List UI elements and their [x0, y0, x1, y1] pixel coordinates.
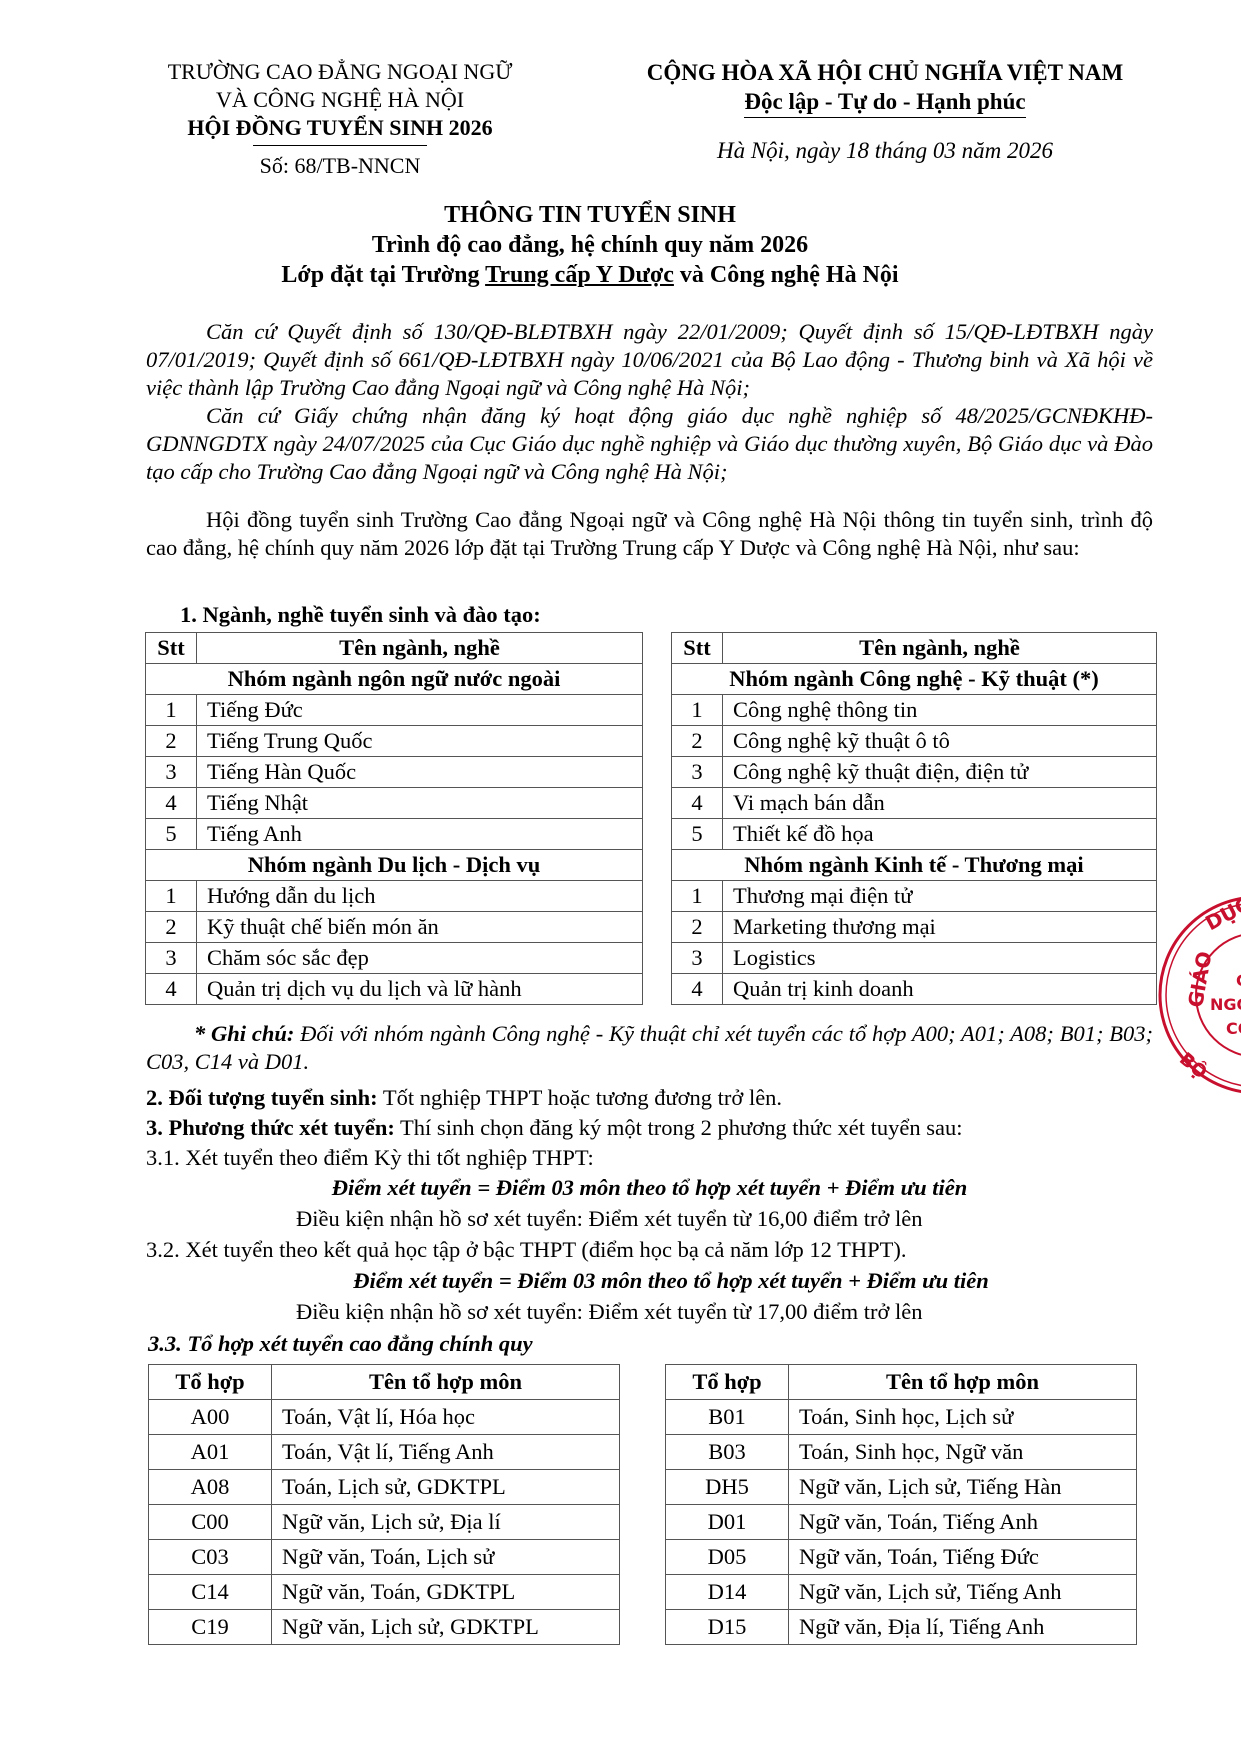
row-stt: 5	[672, 819, 723, 850]
table-row: 2Tiếng Trung Quốc	[146, 726, 643, 757]
combo-subjects: Ngữ văn, Lịch sử, GDKTPL	[272, 1610, 620, 1645]
note-text: Đối với nhóm ngành Công nghệ - Kỹ thuật …	[146, 1021, 1153, 1074]
combo-code: B01	[666, 1400, 789, 1435]
title-line-3-underlined: Trung cấp Y Dược	[485, 262, 674, 288]
table-row: D05Ngữ văn, Toán, Tiếng Đức	[666, 1540, 1137, 1575]
col-header-stt: Stt	[146, 633, 197, 664]
row-major-name: Thương mại điện tử	[723, 881, 1157, 912]
table-row: 4Tiếng Nhật	[146, 788, 643, 819]
row-stt: 3	[672, 943, 723, 974]
combo-subjects: Ngữ văn, Toán, Tiếng Đức	[789, 1540, 1137, 1575]
row-major-name: Tiếng Trung Quốc	[197, 726, 643, 757]
table-row: 3Công nghệ kỹ thuật điện, điện tử	[672, 757, 1157, 788]
svg-text:CÔ: CÔ	[1226, 1019, 1241, 1038]
table-row: C03Ngữ văn, Toán, Lịch sử	[149, 1540, 620, 1575]
row-stt: 3	[146, 943, 197, 974]
table-row: 3Tiếng Hàn Quốc	[146, 757, 643, 788]
table-row: C00Ngữ văn, Lịch sử, Địa lí	[149, 1505, 620, 1540]
legal-basis-1: Căn cứ Quyết định số 130/QĐ-BLĐTBXH ngày…	[146, 318, 1153, 402]
table-header-row: Tổ hợpTên tổ hợp môn	[149, 1365, 620, 1400]
legal-basis-2: Căn cứ Giấy chứng nhận đăng ký hoạt động…	[146, 402, 1153, 486]
table-row: B03Toán, Sinh học, Ngữ văn	[666, 1435, 1137, 1470]
country-name: CỘNG HÒA XÃ HỘI CHỦ NGHĨA VIỆT NAM	[600, 58, 1170, 87]
section-3-label: 3. Phương thức xét tuyển:	[146, 1115, 395, 1140]
row-stt: 5	[146, 819, 197, 850]
table-row: 3Logistics	[672, 943, 1157, 974]
combo-code: A00	[149, 1400, 272, 1435]
row-stt: 2	[672, 726, 723, 757]
table-row: 1Hướng dẫn du lịch	[146, 881, 643, 912]
official-seal-icon: DỤC GIÁO BỘ TRCANGOACÔH	[1158, 890, 1241, 1100]
section-2: 2. Đối tượng tuyển sinh: Tốt nghiệp THPT…	[146, 1084, 782, 1112]
section-3-3-title: 3.3. Tổ hợp xét tuyển cao đẳng chính quy	[148, 1330, 533, 1358]
title-line-3-post: và Công nghệ Hà Nội	[674, 262, 899, 288]
group-name: Nhóm ngành ngôn ngữ nước ngoài	[146, 664, 643, 695]
svg-text:NGOA: NGOA	[1210, 995, 1241, 1014]
combo-subjects: Ngữ văn, Toán, GDKTPL	[272, 1575, 620, 1610]
council-name: HỘI ĐỒNG TUYỂN SINH 2026	[130, 114, 550, 142]
row-major-name: Thiết kế đồ họa	[723, 819, 1157, 850]
combo-code: C03	[149, 1540, 272, 1575]
table-row: C19Ngữ văn, Lịch sử, GDKTPL	[149, 1610, 620, 1645]
col-header-subjects: Tên tổ hợp môn	[272, 1365, 620, 1400]
row-major-name: Quản trị dịch vụ du lịch và lữ hành	[197, 974, 643, 1005]
condition-3-1: Điều kiện nhận hồ sơ xét tuyển: Điểm xét…	[296, 1205, 923, 1233]
table-row: B01Toán, Sinh học, Lịch sử	[666, 1400, 1137, 1435]
group-name: Nhóm ngành Du lịch - Dịch vụ	[146, 850, 643, 881]
row-stt: 1	[146, 881, 197, 912]
table-row: 5Tiếng Anh	[146, 819, 643, 850]
table-row: 1Tiếng Đức	[146, 695, 643, 726]
combo-code: D15	[666, 1610, 789, 1645]
table-row: 5Thiết kế đồ họa	[672, 819, 1157, 850]
table-row: D01Ngữ văn, Toán, Tiếng Anh	[666, 1505, 1137, 1540]
col-header-code: Tổ hợp	[666, 1365, 789, 1400]
condition-3-2: Điều kiện nhận hồ sơ xét tuyển: Điểm xét…	[296, 1298, 923, 1326]
col-header-code: Tổ hợp	[149, 1365, 272, 1400]
group-name: Nhóm ngành Công nghệ - Kỹ thuật (*)	[672, 664, 1157, 695]
row-stt: 2	[672, 912, 723, 943]
row-major-name: Logistics	[723, 943, 1157, 974]
combo-subjects: Toán, Vật lí, Tiếng Anh	[272, 1435, 620, 1470]
combo-code: C19	[149, 1610, 272, 1645]
table-row: 3Chăm sóc sắc đẹp	[146, 943, 643, 974]
row-stt: 4	[146, 788, 197, 819]
title-line-3-pre: Lớp đặt tại Trường	[281, 262, 485, 288]
national-header: CỘNG HÒA XÃ HỘI CHỦ NGHĨA VIỆT NAM Độc l…	[600, 58, 1170, 165]
combo-code: D01	[666, 1505, 789, 1540]
combo-code: C00	[149, 1505, 272, 1540]
combo-subjects: Toán, Vật lí, Hóa học	[272, 1400, 620, 1435]
row-stt: 3	[146, 757, 197, 788]
combo-subjects: Ngữ văn, Địa lí, Tiếng Anh	[789, 1610, 1137, 1645]
section-1-title: 1. Ngành, nghề tuyển sinh và đào tạo:	[180, 602, 541, 628]
section-3-text: Thí sinh chọn đăng ký một trong 2 phương…	[395, 1115, 963, 1140]
row-major-name: Công nghệ kỹ thuật điện, điện tử	[723, 757, 1157, 788]
combo-subjects: Ngữ văn, Toán, Tiếng Anh	[789, 1505, 1137, 1540]
group-row: Nhóm ngành Kinh tế - Thương mại	[672, 850, 1157, 881]
row-major-name: Công nghệ thông tin	[723, 695, 1157, 726]
row-major-name: Tiếng Nhật	[197, 788, 643, 819]
svg-text:DỤC: DỤC	[1201, 892, 1241, 936]
document-number: Số: 68/TB-NNCN	[130, 152, 550, 180]
issuer-line-1: TRƯỜNG CAO ĐẲNG NGOẠI NGỮ	[130, 58, 550, 86]
row-major-name: Vi mạch bán dẫn	[723, 788, 1157, 819]
table-row: 2Công nghệ kỹ thuật ô tô	[672, 726, 1157, 757]
col-header-subjects: Tên tổ hợp môn	[789, 1365, 1137, 1400]
formula-3-1: Điểm xét tuyển = Điểm 03 môn theo tổ hợp…	[146, 1174, 1153, 1202]
issuer-header: TRƯỜNG CAO ĐẲNG NGOẠI NGỮ VÀ CÔNG NGHỆ H…	[130, 58, 550, 180]
method-3-2: 3.2. Xét tuyển theo kết quả học tập ở bậ…	[146, 1236, 907, 1264]
table-row: C14Ngữ văn, Toán, GDKTPL	[149, 1575, 620, 1610]
majors-table-left: SttTên ngành, nghềNhóm ngành ngôn ngữ nư…	[145, 632, 643, 1005]
table-row: 1Thương mại điện tử	[672, 881, 1157, 912]
combo-subjects: Toán, Sinh học, Lịch sử	[789, 1400, 1137, 1435]
combo-subjects: Ngữ văn, Lịch sử, Tiếng Anh	[789, 1575, 1137, 1610]
table-row: A00Toán, Vật lí, Hóa học	[149, 1400, 620, 1435]
intro-paragraph: Hội đồng tuyển sinh Trường Cao đẳng Ngoạ…	[146, 506, 1153, 562]
combo-code: A08	[149, 1470, 272, 1505]
place-date: Hà Nội, ngày 18 tháng 03 năm 2026	[600, 136, 1170, 165]
combo-subjects: Toán, Lịch sử, GDKTPL	[272, 1470, 620, 1505]
table-row: A01Toán, Vật lí, Tiếng Anh	[149, 1435, 620, 1470]
method-3-1: 3.1. Xét tuyển theo điểm Kỳ thi tốt nghi…	[146, 1144, 594, 1172]
title-line-2: Trình độ cao đẳng, hệ chính quy năm 2026	[140, 230, 1040, 260]
table-header-row: SttTên ngành, nghề	[146, 633, 643, 664]
combo-subjects: Ngữ văn, Lịch sử, Tiếng Hàn	[789, 1470, 1137, 1505]
table-row: DH5Ngữ văn, Lịch sử, Tiếng Hàn	[666, 1470, 1137, 1505]
table-row: 4Quản trị kinh doanh	[672, 974, 1157, 1005]
combo-subjects: Ngữ văn, Toán, Lịch sử	[272, 1540, 620, 1575]
national-motto: Độc lập - Tự do - Hạnh phúc	[744, 87, 1025, 118]
combo-subjects: Ngữ văn, Lịch sử, Địa lí	[272, 1505, 620, 1540]
row-stt: 2	[146, 912, 197, 943]
group-row: Nhóm ngành Du lịch - Dịch vụ	[146, 850, 643, 881]
row-stt: 3	[672, 757, 723, 788]
combos-table-left: Tổ hợpTên tổ hợp mônA00Toán, Vật lí, Hóa…	[148, 1364, 620, 1645]
table-header-row: Tổ hợpTên tổ hợp môn	[666, 1365, 1137, 1400]
row-major-name: Tiếng Anh	[197, 819, 643, 850]
row-stt: 1	[672, 881, 723, 912]
combos-table-right: Tổ hợpTên tổ hợp mônB01Toán, Sinh học, L…	[665, 1364, 1137, 1645]
row-stt: 4	[146, 974, 197, 1005]
row-major-name: Quản trị kinh doanh	[723, 974, 1157, 1005]
title-line-3: Lớp đặt tại Trường Trung cấp Y Dược và C…	[140, 260, 1040, 290]
table-row: 1Công nghệ thông tin	[672, 695, 1157, 726]
row-major-name: Hướng dẫn du lịch	[197, 881, 643, 912]
document-title: THÔNG TIN TUYỂN SINH Trình độ cao đẳng, …	[140, 200, 1040, 290]
row-stt: 2	[146, 726, 197, 757]
row-major-name: Tiếng Đức	[197, 695, 643, 726]
col-header-name: Tên ngành, nghề	[197, 633, 643, 664]
table-header-row: SttTên ngành, nghề	[672, 633, 1157, 664]
group-name: Nhóm ngành Kinh tế - Thương mại	[672, 850, 1157, 881]
title-line-1: THÔNG TIN TUYỂN SINH	[140, 200, 1040, 230]
section-2-label: 2. Đối tượng tuyển sinh:	[146, 1085, 378, 1110]
table-row: D14Ngữ văn, Lịch sử, Tiếng Anh	[666, 1575, 1137, 1610]
table-row: A08Toán, Lịch sử, GDKTPL	[149, 1470, 620, 1505]
combo-code: B03	[666, 1435, 789, 1470]
row-stt: 4	[672, 788, 723, 819]
combo-code: D14	[666, 1575, 789, 1610]
note-label: * Ghi chú:	[194, 1021, 294, 1046]
svg-text:CA: CA	[1236, 971, 1241, 990]
table-row: 4Vi mạch bán dẫn	[672, 788, 1157, 819]
table-row: 2Marketing thương mại	[672, 912, 1157, 943]
row-major-name: Marketing thương mại	[723, 912, 1157, 943]
group-row: Nhóm ngành ngôn ngữ nước ngoài	[146, 664, 643, 695]
col-header-stt: Stt	[672, 633, 723, 664]
note: * Ghi chú: Đối với nhóm ngành Công nghệ …	[146, 1020, 1153, 1076]
section-2-text: Tốt nghiệp THPT hoặc tương đương trở lên…	[378, 1085, 782, 1110]
table-row: D15Ngữ văn, Địa lí, Tiếng Anh	[666, 1610, 1137, 1645]
row-stt: 4	[672, 974, 723, 1005]
section-3: 3. Phương thức xét tuyển: Thí sinh chọn …	[146, 1114, 963, 1142]
majors-table-right: SttTên ngành, nghềNhóm ngành Công nghệ -…	[671, 632, 1157, 1005]
row-stt: 1	[146, 695, 197, 726]
row-major-name: Chăm sóc sắc đẹp	[197, 943, 643, 974]
row-major-name: Công nghệ kỹ thuật ô tô	[723, 726, 1157, 757]
row-major-name: Tiếng Hàn Quốc	[197, 757, 643, 788]
col-header-name: Tên ngành, nghề	[723, 633, 1157, 664]
combo-code: C14	[149, 1575, 272, 1610]
table-row: 4Quản trị dịch vụ du lịch và lữ hành	[146, 974, 643, 1005]
group-row: Nhóm ngành Công nghệ - Kỹ thuật (*)	[672, 664, 1157, 695]
header-rule	[253, 145, 427, 146]
combo-code: D05	[666, 1540, 789, 1575]
combo-code: DH5	[666, 1470, 789, 1505]
row-major-name: Kỹ thuật chế biến món ăn	[197, 912, 643, 943]
combo-code: A01	[149, 1435, 272, 1470]
table-row: 2Kỹ thuật chế biến món ăn	[146, 912, 643, 943]
formula-3-2: Điểm xét tuyển = Điểm 03 môn theo tổ hợp…	[146, 1267, 1196, 1295]
row-stt: 1	[672, 695, 723, 726]
combo-subjects: Toán, Sinh học, Ngữ văn	[789, 1435, 1137, 1470]
issuer-line-2: VÀ CÔNG NGHỆ HÀ NỘI	[130, 86, 550, 114]
